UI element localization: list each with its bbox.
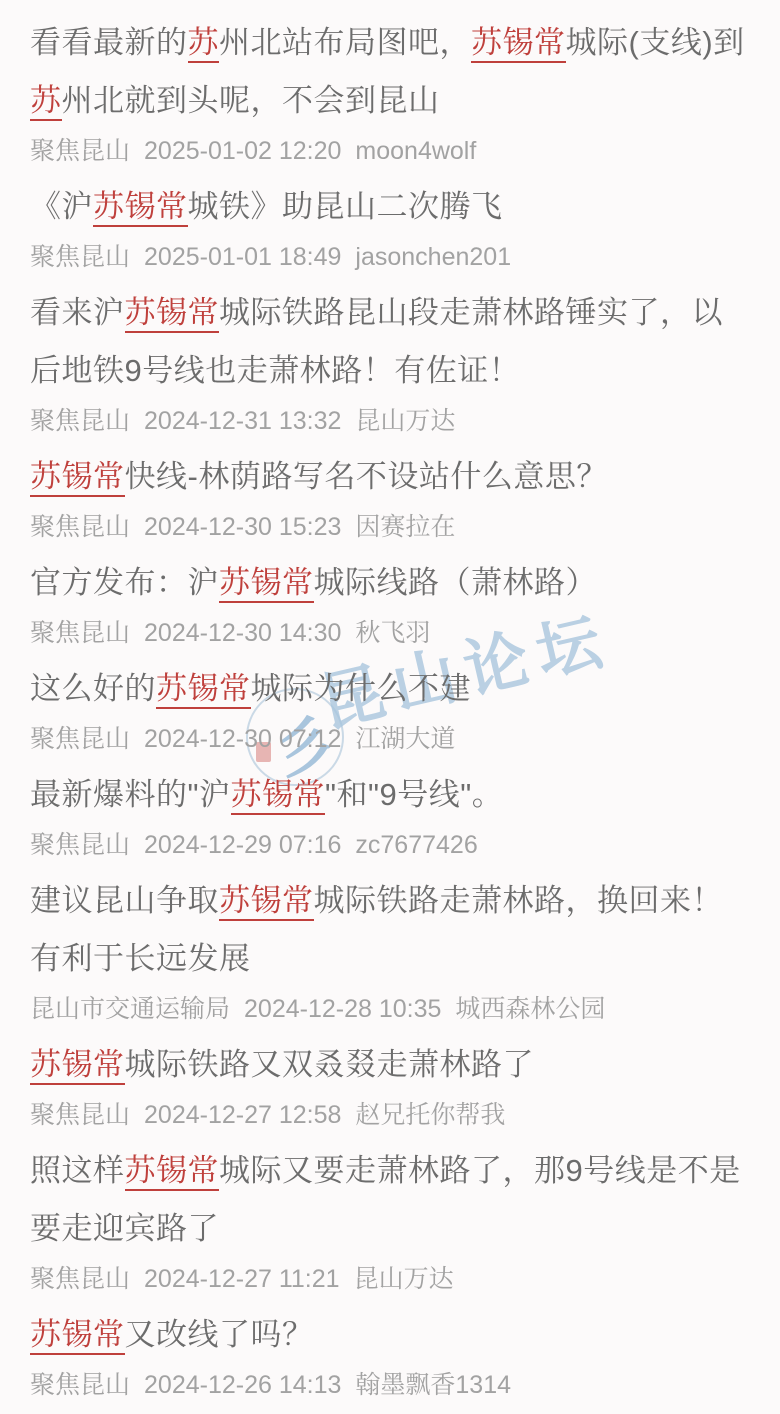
post-meta: 聚焦昆山2024-12-30 14:30秋飞羽 [30, 614, 750, 652]
post-meta: 聚焦昆山2024-12-31 13:32昆山万达 [30, 402, 750, 440]
highlighted-keyword: 苏锡常 [219, 883, 314, 921]
post-title[interactable]: 看看最新的苏州北站布局图吧，苏锡常城际(支线)到苏州北就到头呢，不会到昆山 [30, 14, 750, 130]
post-title-segment: 看看最新的 [30, 25, 188, 60]
post-title-segment: 城铁》助昆山二次腾飞 [188, 189, 503, 224]
post-datetime: 2025-01-02 12:20 [144, 137, 341, 165]
highlighted-keyword: 苏锡常 [156, 671, 251, 709]
post-datetime: 2024-12-29 07:16 [144, 831, 341, 859]
highlighted-keyword: 苏锡常 [30, 1047, 125, 1085]
highlighted-keyword: 苏锡常 [93, 189, 188, 227]
post-title[interactable]: 苏锡常快线-林荫路写名不设站什么意思？ [30, 448, 750, 506]
highlighted-keyword: 苏 [188, 25, 220, 63]
post-title-segment: 州北站布局图吧， [219, 25, 471, 60]
post-title-segment: 城际为什么不建 [251, 671, 472, 706]
post-item[interactable]: 苏锡常又改线了吗？ 聚焦昆山2024-12-26 14:13翰墨飘香1314 [30, 1306, 750, 1404]
highlighted-keyword: 苏锡常 [219, 565, 314, 603]
post-datetime: 2024-12-30 07:12 [144, 725, 341, 753]
post-author: moon4wolf [355, 137, 476, 165]
post-item[interactable]: 看来沪苏锡常城际铁路昆山段走萧林路锤实了，以后地铁9号线也走萧林路！有佐证！ 聚… [30, 284, 750, 440]
post-title[interactable]: 看来沪苏锡常城际铁路昆山段走萧林路锤实了，以后地铁9号线也走萧林路！有佐证！ [30, 284, 750, 400]
post-title-segment: 这么好的 [30, 671, 156, 706]
post-author: 城西森林公园 [455, 995, 605, 1023]
post-title-segment: 官方发布：沪 [30, 565, 219, 600]
post-item[interactable]: 《沪苏锡常城铁》助昆山二次腾飞 聚焦昆山2025-01-01 18:49jaso… [30, 178, 750, 276]
post-forum: 聚焦昆山 [30, 137, 130, 165]
post-title[interactable]: 照这样苏锡常城际又要走萧林路了，那9号线是不是要走迎宾路了 [30, 1142, 750, 1258]
post-title[interactable]: 这么好的苏锡常城际为什么不建 [30, 660, 750, 718]
post-datetime: 2025-01-01 18:49 [144, 243, 341, 271]
post-item[interactable]: 这么好的苏锡常城际为什么不建 聚焦昆山2024-12-30 07:12江湖大道 [30, 660, 750, 758]
post-title-segment: 看来沪 [30, 295, 125, 330]
post-datetime: 2024-12-30 15:23 [144, 513, 341, 541]
post-item[interactable]: 苏锡常快线-林荫路写名不设站什么意思？ 聚焦昆山2024-12-30 15:23… [30, 448, 750, 546]
post-author: zc7677426 [355, 831, 477, 859]
post-meta: 聚焦昆山2024-12-27 12:58赵兄托你帮我 [30, 1096, 750, 1134]
post-datetime: 2024-12-31 13:32 [144, 407, 341, 435]
post-item[interactable]: 官方发布：沪苏锡常城际线路（萧林路） 聚焦昆山2024-12-30 14:30秋… [30, 554, 750, 652]
post-forum: 昆山市交通运输局 [30, 995, 230, 1023]
highlighted-keyword: 苏锡常 [125, 295, 220, 333]
highlighted-keyword: 苏锡常 [231, 777, 326, 815]
post-title-segment: 又改线了吗？ [125, 1317, 314, 1352]
post-title[interactable]: 最新爆料的"沪苏锡常"和"9号线"。 [30, 766, 750, 824]
post-forum: 聚焦昆山 [30, 1265, 130, 1293]
post-datetime: 2024-12-28 10:35 [244, 995, 441, 1023]
post-forum: 聚焦昆山 [30, 619, 130, 647]
highlighted-keyword: 苏锡常 [471, 25, 566, 63]
post-title-segment: 建议昆山争取 [30, 883, 219, 918]
post-datetime: 2024-12-30 14:30 [144, 619, 341, 647]
post-title[interactable]: 苏锡常又改线了吗？ [30, 1306, 750, 1364]
post-author: 赵兄托你帮我 [355, 1101, 505, 1129]
post-title[interactable]: 苏锡常城际铁路又双叒叕走萧林路了 [30, 1036, 750, 1094]
post-forum: 聚焦昆山 [30, 725, 130, 753]
post-forum: 聚焦昆山 [30, 831, 130, 859]
post-title-segment: "和"9号线"。 [325, 777, 503, 812]
post-title-segment: 城际线路（萧林路） [314, 565, 598, 600]
post-title-segment: 照这样 [30, 1153, 125, 1188]
post-title-segment: 《沪 [30, 189, 93, 224]
post-datetime: 2024-12-27 12:58 [144, 1101, 341, 1129]
highlighted-keyword: 苏锡常 [30, 1317, 125, 1355]
post-meta: 聚焦昆山2024-12-27 11:21昆山万达 [30, 1260, 750, 1298]
post-title-segment: 快线-林荫路写名不设站什么意思？ [125, 459, 608, 494]
post-forum: 聚焦昆山 [30, 1371, 130, 1399]
search-result-list: 看看最新的苏州北站布局图吧，苏锡常城际(支线)到苏州北就到头呢，不会到昆山 聚焦… [30, 14, 750, 1404]
post-title-segment: 城际铁路又双叒叕走萧林路了 [125, 1047, 535, 1082]
post-title[interactable]: 建议昆山争取苏锡常城际铁路走萧林路，换回来！有利于长远发展 [30, 872, 750, 988]
post-title-segment: 城际(支线)到 [566, 25, 745, 60]
post-datetime: 2024-12-27 11:21 [144, 1265, 340, 1293]
post-meta: 聚焦昆山2024-12-30 15:23因赛拉在 [30, 508, 750, 546]
post-meta: 聚焦昆山2024-12-29 07:16zc7677426 [30, 826, 750, 864]
post-meta: 聚焦昆山2024-12-26 14:13翰墨飘香1314 [30, 1366, 750, 1404]
post-author: jasonchen201 [355, 243, 511, 271]
post-item[interactable]: 照这样苏锡常城际又要走萧林路了，那9号线是不是要走迎宾路了 聚焦昆山2024-1… [30, 1142, 750, 1298]
post-author: 昆山万达 [355, 407, 455, 435]
post-forum: 聚焦昆山 [30, 513, 130, 541]
post-title-segment: 州北就到头呢，不会到昆山 [62, 83, 440, 118]
post-item[interactable]: 看看最新的苏州北站布局图吧，苏锡常城际(支线)到苏州北就到头呢，不会到昆山 聚焦… [30, 14, 750, 170]
post-author: 昆山万达 [354, 1265, 454, 1293]
highlighted-keyword: 苏锡常 [30, 459, 125, 497]
post-author: 江湖大道 [355, 725, 455, 753]
highlighted-keyword: 苏 [30, 83, 62, 121]
post-datetime: 2024-12-26 14:13 [144, 1371, 341, 1399]
post-forum: 聚焦昆山 [30, 1101, 130, 1129]
post-meta: 聚焦昆山2025-01-01 18:49jasonchen201 [30, 238, 750, 276]
highlighted-keyword: 苏锡常 [125, 1153, 220, 1191]
post-author: 秋飞羽 [355, 619, 430, 647]
post-author: 因赛拉在 [355, 513, 455, 541]
post-meta: 聚焦昆山2025-01-02 12:20moon4wolf [30, 132, 750, 170]
post-forum: 聚焦昆山 [30, 243, 130, 271]
post-meta: 昆山市交通运输局2024-12-28 10:35城西森林公园 [30, 990, 750, 1028]
post-item[interactable]: 苏锡常城际铁路又双叒叕走萧林路了 聚焦昆山2024-12-27 12:58赵兄托… [30, 1036, 750, 1134]
post-title-segment: 最新爆料的"沪 [30, 777, 231, 812]
post-title[interactable]: 《沪苏锡常城铁》助昆山二次腾飞 [30, 178, 750, 236]
post-forum: 聚焦昆山 [30, 407, 130, 435]
post-author: 翰墨飘香1314 [355, 1371, 511, 1399]
post-item[interactable]: 建议昆山争取苏锡常城际铁路走萧林路，换回来！有利于长远发展 昆山市交通运输局20… [30, 872, 750, 1028]
post-meta: 聚焦昆山2024-12-30 07:12江湖大道 [30, 720, 750, 758]
post-item[interactable]: 最新爆料的"沪苏锡常"和"9号线"。 聚焦昆山2024-12-29 07:16z… [30, 766, 750, 864]
post-title[interactable]: 官方发布：沪苏锡常城际线路（萧林路） [30, 554, 750, 612]
